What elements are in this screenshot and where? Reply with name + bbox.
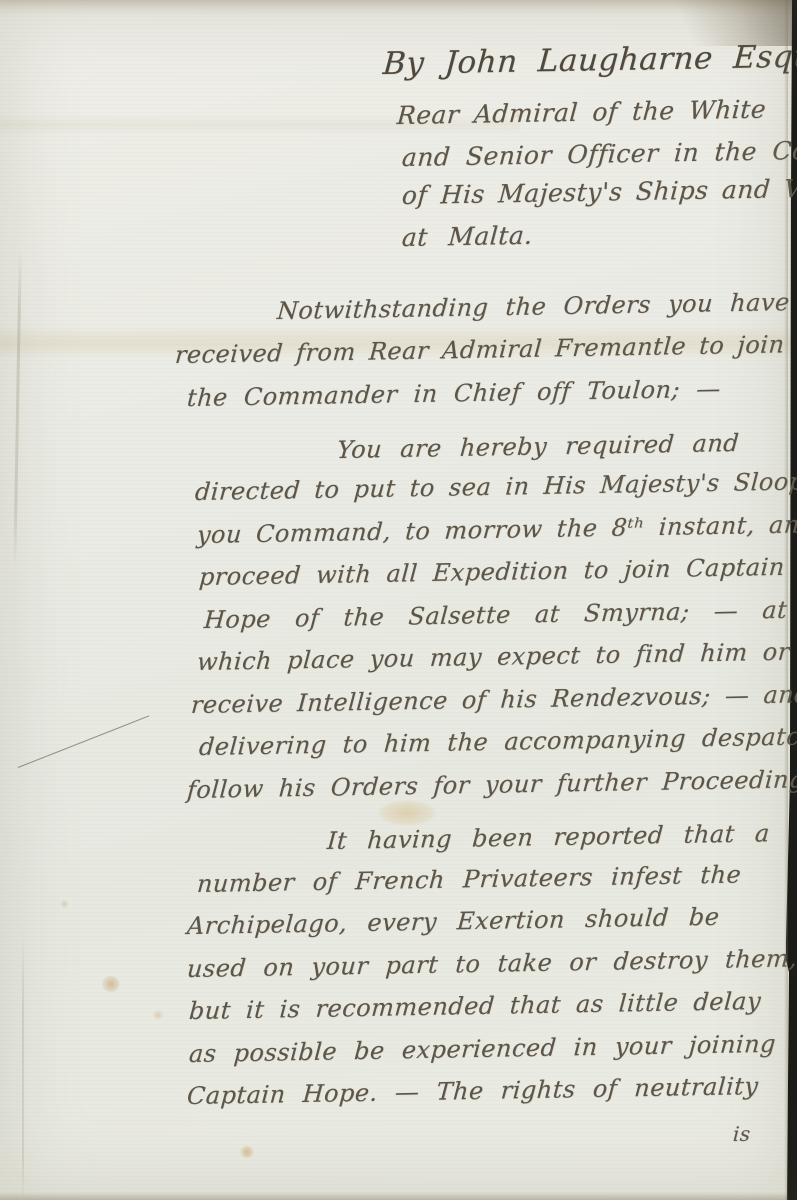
foxing-stain xyxy=(378,800,436,826)
manuscript-line: receive Intelligence of his Rendezvous; … xyxy=(190,680,797,719)
manuscript-page: By John Laugharne Esquire Rear Admiral o… xyxy=(0,0,797,1200)
manuscript-line: delivering to him the accompanying despa… xyxy=(198,722,797,761)
manuscript-line: directed to put to sea in His Majesty's … xyxy=(194,467,797,506)
manuscript-line: number of French Privateers infest the xyxy=(196,860,742,898)
catchword: is xyxy=(732,1122,751,1146)
manuscript-line: Captain Hope. — The rights of neutrality xyxy=(186,1072,759,1110)
manuscript-line: It having been reported that a xyxy=(326,819,771,855)
top-edge-shadow xyxy=(0,0,797,16)
manuscript-line: used on your part to take or destroy the… xyxy=(186,944,797,983)
crease-left-upper xyxy=(13,250,22,570)
letterhead-line-rank: Rear Admiral of the White xyxy=(396,95,767,130)
letterhead-line-ships: of His Majesty's Ships and Vessels xyxy=(401,173,797,210)
foxing-stain xyxy=(152,1010,164,1020)
manuscript-line: but it is recommended that as little del… xyxy=(188,987,762,1025)
letterhead-line-authority: By John Laugharne Esquire xyxy=(382,38,797,82)
manuscript-line: as possible be experienced in your joini… xyxy=(188,1030,777,1068)
manuscript-line: Hope of the Salsette at Smyrna; — at xyxy=(203,596,788,634)
manuscript-line: Archipelago, every Exertion should be xyxy=(186,903,721,940)
manuscript-line: follow his Orders for your further Proce… xyxy=(186,765,797,804)
pen-scratch-line xyxy=(18,715,150,768)
letterhead-line-office: and Senior Officer in the Command xyxy=(401,134,797,172)
bottom-edge-shadow xyxy=(0,1192,797,1200)
crease-left-lower xyxy=(22,930,24,1200)
manuscript-line: received from Rear Admiral Fremantle to … xyxy=(174,330,785,369)
manuscript-line: proceed with all Expedition to join Capt… xyxy=(198,553,786,591)
manuscript-line: which place you may expect to find him o… xyxy=(196,638,791,676)
manuscript-line: You are hereby required and xyxy=(336,429,740,464)
manuscript-line: the Commander in Chief off Toulon; — xyxy=(186,375,722,412)
manuscript-line: Notwithstanding the Orders you have xyxy=(276,288,791,325)
letterhead-line-place: at Malta. xyxy=(401,221,534,252)
foxing-stain xyxy=(60,900,69,908)
manuscript-line: you Command, to morrow the 8ᵗʰ instant, … xyxy=(196,510,797,549)
foxing-stain xyxy=(102,976,120,992)
foxing-stain xyxy=(240,1146,254,1158)
